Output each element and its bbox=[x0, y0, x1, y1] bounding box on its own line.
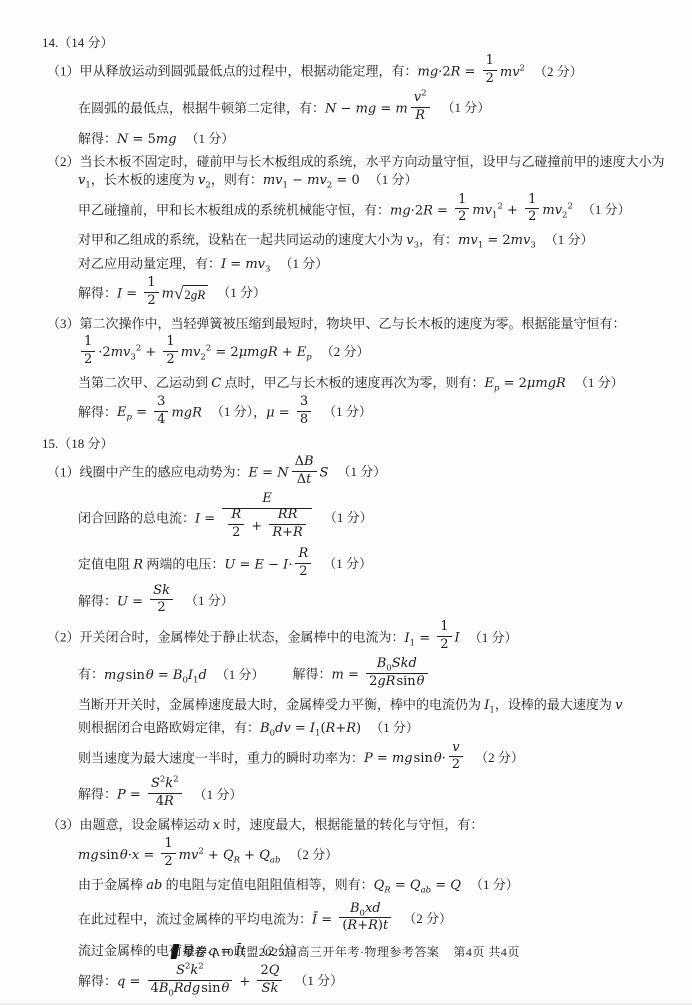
score-label: （1 分） bbox=[575, 375, 624, 390]
fraction: 12 bbox=[437, 620, 451, 653]
text-run: 时，速度最大，根据能量的转化与守恒，有： bbox=[220, 817, 483, 832]
page-footer: 号卷·A10联盟2025届高三开年考·物理参考答案第4页 共4页 bbox=[0, 944, 692, 961]
fraction: B0xd(R+R)t bbox=[339, 902, 391, 935]
fraction: 12 bbox=[163, 335, 177, 368]
fraction: ΔBΔt bbox=[292, 455, 317, 488]
score-label: （1 分） bbox=[185, 593, 234, 608]
formula-run: U = E − I· bbox=[224, 557, 292, 572]
formula-run: mv22 = 2μmgR + Ep bbox=[181, 345, 312, 360]
formula-run: x bbox=[213, 818, 220, 833]
text-run: （2）当长木板不固定时，碰前甲与长木板组成的系统，水平方向动量守恒，设甲与乙碰撞… bbox=[47, 154, 665, 169]
text-run: 在圆弧的最低点，根据牛顿第二定律，有： bbox=[78, 100, 325, 115]
score-label: （1 分） bbox=[216, 667, 265, 682]
formula-run: S bbox=[320, 465, 329, 480]
score-label: （1 分） bbox=[217, 285, 266, 300]
q14-part1-line2: 在圆弧的最低点，根据牛顿第二定律，有：N − mg = mv2R（1 分） bbox=[42, 93, 666, 126]
q15-part3-line1: （3）由题意，设金属棒运动 x 时，速度最大，根据能量的转化与守恒，有： bbox=[42, 816, 666, 835]
formula-run: N = 5mg bbox=[117, 132, 177, 147]
score-label: （1 分） bbox=[582, 202, 631, 217]
q14-part2-line4: 对乙应用动量定理，有：I = mv3（1 分） bbox=[42, 255, 666, 274]
text-run: ，则有： bbox=[211, 172, 263, 187]
score-label: （2 分） bbox=[475, 750, 524, 765]
q14-part2-line5: 解得：I = 12m√2gR（1 分） bbox=[42, 278, 666, 311]
text-run: 解得： bbox=[78, 131, 117, 146]
answer-content: 14.（14 分）（1）甲从释放运动到圆弧最低点的过程中，根据动能定理，有：mg… bbox=[42, 34, 666, 998]
score-label: （2 分） bbox=[534, 64, 583, 79]
formula-run: C bbox=[211, 376, 221, 391]
formula-run: μ = bbox=[266, 405, 294, 420]
q15-part2-line1: （2）开关闭合时，金属棒处于静止状态，金属棒中的电流为：I1 = 12I（1 分… bbox=[42, 622, 666, 655]
text-run: 解得： bbox=[78, 593, 117, 608]
text-run: 14.（14 分） bbox=[42, 35, 114, 50]
score-label: （1 分） bbox=[469, 630, 518, 645]
score-label: （1 分） bbox=[186, 131, 235, 146]
formula-run: mv1 − mv2 = 0 bbox=[263, 173, 360, 188]
formula-run: U = bbox=[117, 594, 147, 609]
text-run: 15.（18 分） bbox=[42, 436, 114, 451]
text-run: 有： bbox=[78, 667, 104, 682]
q15-part3-line6: 解得：q = S2k24B0Rdgsinθ + 2QSk（1 分） bbox=[42, 966, 666, 999]
formula-run: B0dv = I1(R+R) bbox=[260, 721, 361, 736]
fraction: R2 bbox=[228, 508, 244, 541]
formula-run: ab bbox=[146, 878, 162, 893]
formula-run: q = bbox=[117, 974, 145, 989]
formula-run: m = bbox=[332, 668, 364, 683]
formula-run: mgsinθ·x = bbox=[78, 848, 158, 863]
formula-run: I1 = bbox=[405, 631, 435, 646]
q14-part2-line2: 甲乙碰撞前，甲和长木板组成的系统机械能守恒，有：mg·2R = 12mv12 +… bbox=[42, 195, 666, 228]
text-run: 甲乙碰撞前，甲和长木板组成的系统机械能守恒，有： bbox=[78, 202, 390, 217]
q14-part3-line2: 12·2mv32 + 12mv22 = 2μmgR + Ep（2 分） bbox=[42, 337, 666, 370]
text-run: 对乙应用动量定理，有： bbox=[78, 256, 221, 271]
formula-run: v bbox=[615, 698, 622, 713]
q15-part1-line4: 解得：U = Sk2（1 分） bbox=[42, 586, 666, 619]
score-label: （1 分） bbox=[323, 404, 372, 419]
score-label: （1 分） bbox=[211, 404, 253, 419]
score-label: （1 分） bbox=[470, 877, 519, 892]
brand-1-icon bbox=[171, 944, 180, 959]
text-run: 两端的电压： bbox=[143, 556, 224, 571]
fraction: S2k24B0Rdgsinθ bbox=[148, 964, 233, 997]
q14-part1-line3: 解得：N = 5mg（1 分） bbox=[42, 130, 666, 149]
text-run: ，设棒的最大速度为 bbox=[495, 697, 615, 712]
formula-run: m bbox=[162, 286, 174, 301]
text-run: 点时，甲乙与长木板的速度再次为零，则有： bbox=[221, 375, 484, 390]
formula-run: I = bbox=[195, 511, 219, 526]
q15-part2-line2: 有：mgsinθ = B0I1d（1 分）解得：m = B0Skd2gRsinθ bbox=[42, 659, 666, 692]
formula-run: I = mv3 bbox=[221, 257, 270, 272]
fraction: 12 bbox=[455, 193, 469, 226]
page-number: 第4页 共4页 bbox=[453, 945, 520, 959]
text-run: 由于金属棒 bbox=[78, 877, 146, 892]
text-run: 定值电阻 bbox=[78, 556, 133, 571]
formula-run: mg·2R = bbox=[418, 65, 480, 80]
q14-part2-line1: （2）当长木板不固定时，碰前甲与长木板组成的系统，水平方向动量守恒，设甲与乙碰撞… bbox=[42, 153, 666, 190]
formula-run: mgsinθ = B0I1d bbox=[104, 668, 207, 683]
formula-run: mv12 + bbox=[472, 203, 522, 218]
text-run: 闭合回路的总电流： bbox=[78, 510, 195, 525]
q15-part1-line1: （1）线圈中产生的感应电动势为：E = NΔBΔtS（1 分） bbox=[42, 457, 666, 490]
text-run: 的电阻与定值电阻阻值相等，则有： bbox=[162, 877, 373, 892]
text-run: ， bbox=[253, 404, 266, 419]
formula-run: P = mgsinθ· bbox=[364, 751, 446, 766]
score-label: （2 分） bbox=[289, 847, 338, 862]
fraction: v2R bbox=[411, 91, 430, 124]
formula-run: mgR bbox=[171, 405, 201, 420]
text-run: 在此过程中，流过金属棒的平均电流为： bbox=[78, 911, 312, 926]
text-run: （2）开关闭合时，金属棒处于静止状态，金属棒中的电流为： bbox=[47, 630, 405, 645]
formula-run: QR = Qab = Q bbox=[374, 878, 461, 893]
fraction: 12 bbox=[81, 335, 95, 368]
formula-run: + bbox=[235, 974, 254, 989]
document-page: 14.（14 分）（1）甲从释放运动到圆弧最低点的过程中，根据动能定理，有：mg… bbox=[0, 0, 692, 998]
fraction: 38 bbox=[297, 395, 311, 428]
score-label: （1 分） bbox=[279, 256, 328, 271]
fraction: 2QSk bbox=[257, 964, 282, 997]
q15-part2-line5: 则当速度为最大速度一半时，重力的瞬时功率为：P = mgsinθ·v2（2 分） bbox=[42, 743, 666, 776]
formula-run: P = bbox=[117, 788, 145, 803]
fraction: 34 bbox=[154, 395, 168, 428]
text-run: ，长木板的速度为 bbox=[91, 172, 198, 187]
text-run: （1）线圈中产生的感应电动势为： bbox=[47, 464, 249, 479]
fraction: 12 bbox=[161, 837, 175, 870]
q14-part3-line1: （3）第二次操作中，当轻弹簧被压缩到最短时，物块甲、乙与长木板的速度为零。根据能… bbox=[42, 315, 666, 333]
text-run: （3）由题意，设金属棒运动 bbox=[47, 817, 213, 832]
sqrt-expression: √2gR bbox=[174, 285, 208, 303]
score-label: （1 分） bbox=[545, 232, 594, 247]
score-label: （1 分） bbox=[294, 973, 343, 988]
score-label: （1 分） bbox=[337, 464, 386, 479]
q15-header: 15.（18 分） bbox=[42, 435, 666, 453]
formula-run: mg·2R = bbox=[390, 203, 452, 218]
formula-run: R bbox=[133, 557, 143, 572]
formula-run: mv1 = 2mv3 bbox=[458, 233, 536, 248]
q14-part3-line4: 解得：Ep = 34mgR（1 分），μ = 38（1 分） bbox=[42, 397, 666, 430]
q15-part3-line2: mgsinθ·x = 12mv2 + QR + Qab（2 分） bbox=[42, 839, 666, 872]
formula-run: I = bbox=[117, 286, 141, 301]
formula-run: v3 bbox=[406, 233, 419, 248]
fraction: 12 bbox=[525, 193, 539, 226]
formula-run: Ep = 2μmgR bbox=[484, 376, 565, 391]
fraction: ER2 + RRR+R bbox=[222, 492, 311, 543]
score-label: （2 分） bbox=[321, 344, 370, 359]
brand-name: 号卷 bbox=[181, 945, 206, 959]
formula-run: mv2 + QR + Qab bbox=[179, 848, 281, 863]
score-label: （1 分） bbox=[442, 100, 491, 115]
q14-header: 14.（14 分） bbox=[42, 34, 666, 52]
formula-run: Ep = bbox=[117, 405, 151, 420]
text-run: 对甲和乙组成的系统，设粘在一起共同运动的速度大小为 bbox=[78, 232, 406, 247]
formula-run: v2 bbox=[198, 173, 211, 188]
fraction: 12 bbox=[483, 54, 497, 87]
text-run: （1）甲从释放运动到圆弧最低点的过程中，根据动能定理，有： bbox=[47, 64, 418, 79]
text-run: 当断开开关时，金属棒速度最大时，金属棒受力平衡，棒中的电流仍为 bbox=[78, 697, 484, 712]
formula-run: I bbox=[455, 631, 460, 646]
formula-run: mv22 bbox=[542, 203, 573, 218]
text-run: （3）第二次操作中，当轻弹簧被压缩到最短时，物块甲、乙与长木板的速度为零。根据能… bbox=[47, 316, 626, 331]
formula-run: E = N bbox=[249, 465, 289, 480]
score-label: （1 分） bbox=[369, 172, 418, 187]
formula-run: Ī = bbox=[312, 912, 336, 927]
text-run: 解得： bbox=[78, 285, 117, 300]
fraction: v2 bbox=[449, 741, 463, 774]
fraction: B0Skd2gRsinθ bbox=[366, 657, 427, 690]
fraction: S2k24R bbox=[148, 777, 182, 810]
formula-run: mv2 bbox=[500, 65, 525, 80]
fraction: Sk2 bbox=[150, 584, 173, 617]
q14-part3-line3: 当第二次甲、乙运动到 C 点时，甲乙与长木板的速度再次为零，则有：Ep = 2μ… bbox=[42, 374, 666, 393]
fraction: 12 bbox=[144, 276, 158, 309]
q15-part2-line6: 解得：P = S2k24R（1 分） bbox=[42, 779, 666, 812]
formula-run: ·2mv32 + bbox=[98, 345, 160, 360]
formula-run: v1 bbox=[78, 173, 91, 188]
q15-part2-line4: 则根据闭合电路欧姆定律，有：B0dv = I1(R+R)（1 分） bbox=[42, 719, 666, 738]
footer-title: ·A10联盟2025届高三开年考·物理参考答案 bbox=[207, 945, 439, 959]
text-run: 解得： bbox=[78, 973, 117, 988]
q15-part2-line3: 当断开开关时，金属棒速度最大时，金属棒受力平衡，棒中的电流仍为 I1，设棒的最大… bbox=[42, 696, 666, 715]
q14-part1-line1: （1）甲从释放运动到圆弧最低点的过程中，根据动能定理，有：mg·2R = 12m… bbox=[42, 56, 666, 89]
formula-run: N − mg = m bbox=[325, 101, 408, 116]
q14-part2-line3: 对甲和乙组成的系统，设粘在一起共同运动的速度大小为 v3，有：mv1 = 2mv… bbox=[42, 231, 666, 250]
q15-part3-line4: 在此过程中，流过金属棒的平均电流为：Ī = B0xd(R+R)t（2 分） bbox=[42, 904, 666, 937]
score-label: （1 分） bbox=[370, 720, 419, 735]
score-label: （2 分） bbox=[403, 911, 452, 926]
text-run: ，有： bbox=[419, 232, 458, 247]
q15-part1-line2: 闭合回路的总电流：I = ER2 + RRR+R（1 分） bbox=[42, 494, 666, 545]
text-run: 当第二次甲、乙运动到 bbox=[78, 375, 211, 390]
q15-part1-line3: 定值电阻 R 两端的电压：U = E − I·R2（1 分） bbox=[42, 549, 666, 582]
score-label: （1 分） bbox=[323, 556, 372, 571]
score-label: （1 分） bbox=[194, 787, 243, 802]
text-run: 解得： bbox=[78, 787, 117, 802]
formula-run: + bbox=[247, 519, 266, 534]
text-run: 解得： bbox=[293, 667, 332, 682]
fraction: RRR+R bbox=[269, 508, 306, 541]
text-run: 则当速度为最大速度一半时，重力的瞬时功率为： bbox=[78, 750, 364, 765]
q15-part3-line3: 由于金属棒 ab 的电阻与定值电阻阻值相等，则有：QR = Qab = Q（1 … bbox=[42, 876, 666, 895]
text-run: 解得： bbox=[78, 404, 117, 419]
score-label: （1 分） bbox=[324, 510, 373, 525]
text-run: 则根据闭合电路欧姆定律，有： bbox=[78, 720, 260, 735]
formula-run: I1 bbox=[484, 698, 495, 713]
fraction: R2 bbox=[295, 547, 311, 580]
